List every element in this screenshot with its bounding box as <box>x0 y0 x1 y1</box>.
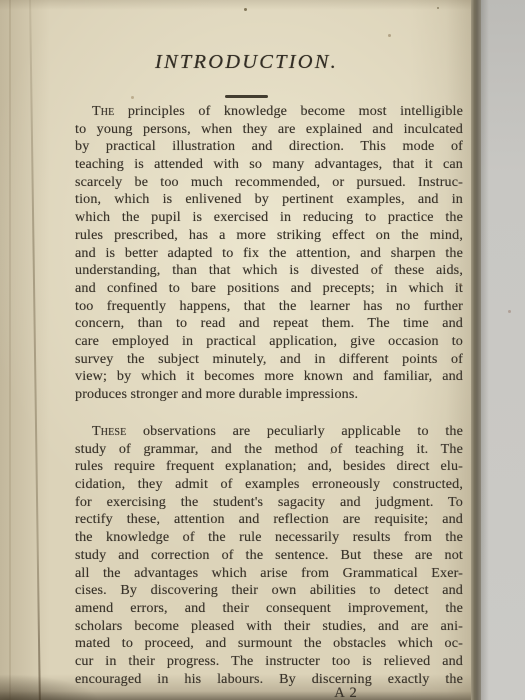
text-line: which the pupil is exercised in reducing… <box>75 209 463 227</box>
text-line: scholars become pleased with their studi… <box>75 618 463 636</box>
text-line: understanding, than that which is divest… <box>75 262 463 280</box>
paragraph-1: The principles of knowledge become most … <box>75 103 463 404</box>
text-line: view; by which it becomes more known and… <box>75 368 463 386</box>
text-line: cidation, they admit of examples erroneo… <box>75 476 463 494</box>
text-line: teaching is attended with so many advant… <box>75 156 463 174</box>
text-line-rest: observations are peculiarly applicable t… <box>143 423 463 439</box>
text-line: The principles of knowledge become most … <box>75 103 463 121</box>
text-line: rectify these, attention and reflection … <box>75 511 463 529</box>
text-line: the knowledge of the rule necessarily re… <box>75 529 463 547</box>
small-caps-lead: These <box>92 423 126 439</box>
text-line: and is better adapted to fix the attenti… <box>75 245 463 263</box>
text-line: rules prescribed, has a more striking ef… <box>75 227 463 245</box>
text-line: care employed in practical application, … <box>75 333 463 351</box>
text-line: study of grammar, and the method of teac… <box>75 441 463 459</box>
text-line: by practical illustration and direction.… <box>75 138 463 156</box>
paper-speck <box>508 310 511 313</box>
text-line: produces stronger and more durable impre… <box>75 386 463 404</box>
gutter-crease-faint <box>9 0 11 700</box>
text-line: rules require frequent explanation; and,… <box>75 458 463 476</box>
paragraph-2: These observations are peculiarly applic… <box>75 423 463 688</box>
text-line: tion, which is enlivened by pertinent ex… <box>75 191 463 209</box>
text-line: mated to proceed, and surmount the obsta… <box>75 635 463 653</box>
page-edge-shadow <box>481 0 489 700</box>
text-line: too frequently happens, that the learner… <box>75 298 463 316</box>
book-photo: { "meta": { "background_color": "#c8c7c3… <box>0 0 525 700</box>
small-caps-lead: The <box>92 103 114 119</box>
gutter-crease <box>29 0 41 700</box>
text-line: scarcely be too much recommended, or pur… <box>75 174 463 192</box>
text-line: These observations are peculiarly applic… <box>75 423 463 441</box>
signature-mark: A 2 <box>323 685 369 700</box>
text-line: to young persons, when they are explaine… <box>75 121 463 139</box>
text-line: for exercising the student's sagacity an… <box>75 494 463 512</box>
text-line: amend errors, and their consequent impro… <box>75 600 463 618</box>
text-line: cises. By discovering their own abilitie… <box>75 582 463 600</box>
text-line: encouraged in his labours. By discerning… <box>75 671 463 689</box>
text-line-rest: principles of knowledge become most inte… <box>128 103 463 119</box>
page-edge <box>471 0 481 700</box>
chapter-title: INTRODUCTION. <box>75 51 418 74</box>
text-line: concern, than to read and repeat them. T… <box>75 315 463 333</box>
book-page: INTRODUCTION. The principles of knowledg… <box>0 0 472 700</box>
text-line: all the advantages which arise from Gram… <box>75 565 463 583</box>
text-line: study and correction of the sentence. Bu… <box>75 547 463 565</box>
text-line: and confined to bare positions and prece… <box>75 280 463 298</box>
title-rule <box>225 95 268 98</box>
text-line: cur in their progress. The instructer to… <box>75 653 463 671</box>
text-line: survey the subject minutely, and in diff… <box>75 351 463 369</box>
